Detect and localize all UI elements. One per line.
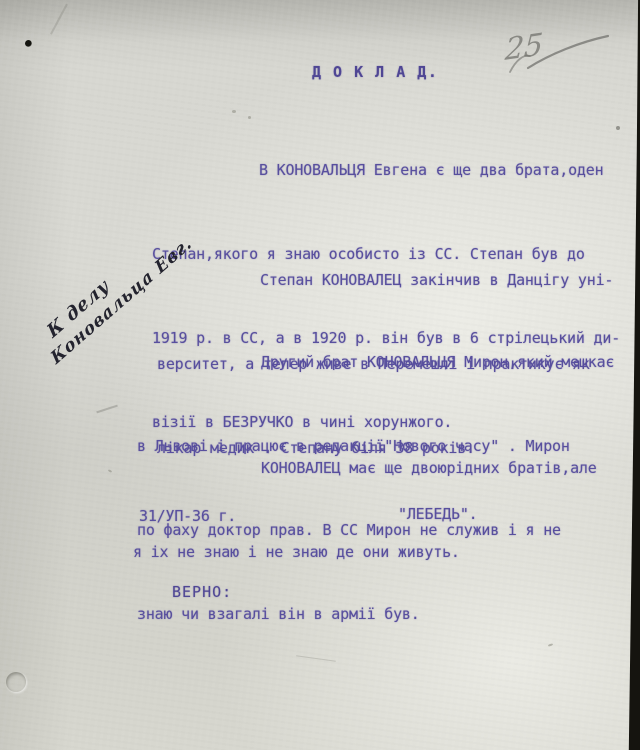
date-line: 31/УП-36 г.: [139, 502, 236, 530]
ink-dot: [25, 40, 32, 47]
certification-label: ВЕРНО:: [172, 578, 232, 606]
document-page: 25 Д О К Л А Д. В КОНОВАЛЬЦЯ Евгена є ще…: [0, 0, 640, 750]
paper-speck: [616, 126, 620, 130]
typed-line: я іх не знаю і не знаю де они живуть.: [133, 538, 597, 566]
typed-line: КОНОВАЛЕЦ має ще двоюрідних братів,але: [133, 454, 597, 482]
paper-crease: [50, 4, 67, 35]
paper-speck: [108, 469, 112, 473]
paper-speck: [232, 110, 236, 113]
typed-line: В КОНОВАЛЬЦЯ Евгена є ще два брата,оден: [152, 156, 620, 184]
typed-line: Степан КОНОВАЛЕЦ закінчив в Данцігу уні-: [157, 266, 613, 294]
punch-hole: [6, 672, 26, 692]
paper-speck: [248, 116, 251, 119]
document-title: Д О К Л А Д.: [312, 58, 438, 86]
pencil-flourish-mark: [480, 10, 630, 90]
typed-line: Другий брат КОНОВАЛЬЦЯ Мирон,який мешкає: [137, 348, 614, 376]
paper-crease: [96, 405, 117, 413]
signature-codename: "ЛЕБЕДЬ".: [398, 500, 477, 528]
scan-edge: [624, 0, 640, 750]
